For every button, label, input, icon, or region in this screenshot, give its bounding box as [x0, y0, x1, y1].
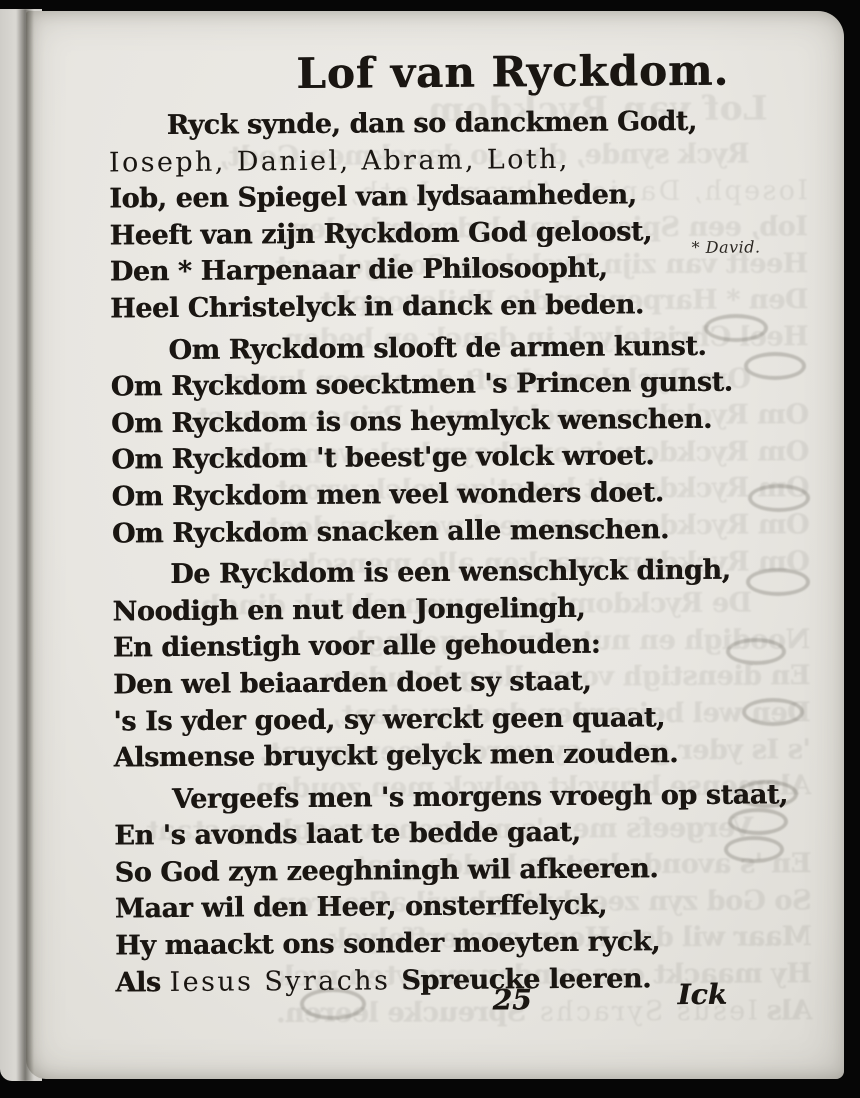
- poem-segment: So God zyn zeeghningh wil afkeeren.: [114, 853, 658, 888]
- page-number: 25: [492, 983, 531, 1016]
- page-content: Lof van Ryckdom. Ryck synde, dan so danc…: [0, 0, 860, 1098]
- poem-line: Iob, een Spiegel van lydsaamheden,: [109, 177, 709, 218]
- poem-line: Alsmense bruyckt gelyck men zouden.: [113, 736, 713, 777]
- poem-segment: Heeft van zijn Ryckdom God geloost,: [109, 216, 652, 251]
- poem-line: Ryck synde, dan so danckmen Godt,: [109, 104, 709, 145]
- poem-segment: Hy maackt ons sonder moeyten ryck,: [115, 926, 660, 961]
- poem-line: Om Ryckdom is ons heymlyck wenschen.: [111, 402, 711, 443]
- poem-segment: Noodigh en nut den Jongelingh,: [112, 593, 585, 628]
- poem-line: En 's avonds laat te bedde gaat,: [114, 814, 714, 855]
- poem-line: Noodigh en nut den Jongelingh,: [112, 590, 712, 631]
- stanza: Vergeefs men 's morgens vroegh op staat,…: [114, 777, 716, 1001]
- catchword: Ick: [677, 978, 727, 1011]
- poem-segment: Om Ryckdom men veel wonders doet.: [111, 477, 663, 512]
- poem-segment: De Ryckdom is een wenschlyck dingh,: [170, 555, 731, 590]
- poem-line: So God zyn zeeghningh wil afkeeren.: [114, 851, 714, 892]
- poem-line: Om Ryckdom soecktmen 's Princen gunst.: [111, 365, 711, 406]
- page-title: Lof van Ryckdom.: [296, 46, 729, 98]
- poem-segment: Maar wil den Heer, onsterffelyck,: [115, 890, 607, 925]
- poem-segment: Iesus Syrachs: [169, 965, 401, 998]
- poem-segment: Iob, een Spiegel van lydsaamheden,: [109, 180, 637, 215]
- stanza: Om Ryckdom slooft de armen kunst.Om Ryck…: [110, 328, 712, 552]
- poem-line: Heeft van zijn Ryckdom God geloost,: [109, 214, 709, 255]
- poem-segment: Om Ryckdom is ons heymlyck wenschen.: [111, 404, 712, 440]
- poem-line: Maar wil den Heer, onsterffelyck,: [115, 887, 715, 928]
- poem-segment: Alsmense bruyckt gelyck men zouden.: [114, 738, 679, 773]
- poem-line: 's Is yder goed, sy werckt geen quaat,: [113, 699, 713, 740]
- poem-segment: Ryck synde, dan so danckmen Godt,: [167, 106, 697, 141]
- poem-line: Vergeefs men 's morgens vroegh op staat,: [114, 777, 714, 818]
- poem: Ryck synde, dan so danckmen Godt,Ioseph,…: [109, 104, 716, 1007]
- poem-segment: En dienstigh voor alle gehouden:: [113, 629, 601, 664]
- poem-line: Om Ryckdom 't beest'ge volck wroet.: [111, 438, 711, 479]
- poem-segment: 's Is yder goed, sy werckt geen quaat,: [113, 702, 665, 737]
- margin-note: * David.: [692, 237, 761, 257]
- poem-line: Om Ryckdom men veel wonders doet.: [111, 475, 711, 516]
- poem-segment: Om Ryckdom 't beest'ge volck wroet.: [111, 441, 654, 476]
- poem-line: Hy maackt ons sonder moeyten ryck,: [115, 924, 715, 965]
- poem-line: Heel Christelyck in danck en beden.: [110, 287, 710, 328]
- poem-segment: Om Ryckdom snacken alle menschen.: [112, 514, 669, 549]
- poem-segment: Om Ryckdom soecktmen 's Princen gunst.: [111, 367, 733, 403]
- poem-segment: Om Ryckdom slooft de armen kunst.: [168, 330, 706, 365]
- poem-line: Den wel beiaarden doet sy staat,: [113, 663, 713, 704]
- book-scan: Lof van Ryckdom.Ryck synde, dan so danck…: [0, 0, 860, 1098]
- poem-segment: Den * Harpenaar die Philosoopht,: [110, 253, 608, 288]
- poem-segment: Heel Christelyck in danck en beden.: [110, 289, 644, 324]
- poem-line: Den * Harpenaar die Philosoopht,: [110, 250, 710, 291]
- poem-line: Als Iesus Syrachs Spreucke leeren.: [115, 960, 715, 1001]
- stanza: Ryck synde, dan so danckmen Godt,Ioseph,…: [109, 104, 711, 328]
- poem-segment: Als: [115, 967, 169, 998]
- poem-segment: En 's avonds laat te bedde gaat,: [114, 817, 581, 852]
- poem-line: De Ryckdom is een wenschlyck dingh,: [112, 553, 712, 594]
- poem-line: Om Ryckdom snacken alle menschen.: [112, 511, 712, 552]
- poem-line: Ioseph, Daniel, Abram, Loth,: [109, 140, 709, 181]
- stanza: De Ryckdom is een wenschlyck dingh,Noodi…: [112, 553, 714, 777]
- poem-line: Om Ryckdom slooft de armen kunst.: [110, 328, 710, 369]
- poem-segment: Vergeefs men 's morgens vroegh op staat,: [172, 779, 788, 815]
- poem-segment: Den wel beiaarden doet sy staat,: [113, 666, 592, 701]
- poem-segment: Ioseph, Daniel, Abram, Loth,: [109, 143, 570, 178]
- poem-line: En dienstigh voor alle gehouden:: [113, 626, 713, 667]
